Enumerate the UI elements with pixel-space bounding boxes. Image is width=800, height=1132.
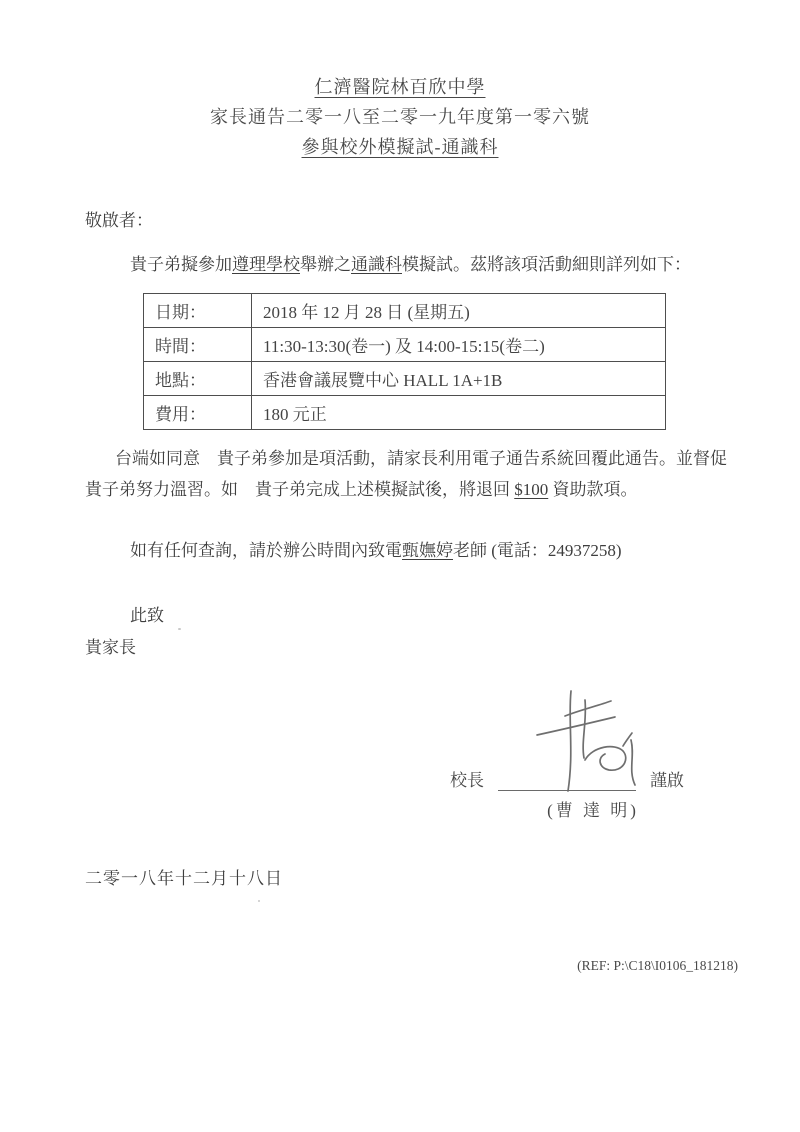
respectfully-label: 謹啟 bbox=[650, 766, 684, 791]
table-row-fee: 費用： 180 元正 bbox=[144, 396, 666, 430]
consent-paragraph: 台端如同意 貴子弟參加是項活動，請家長利用電子通告系統回覆此通告。並督促貴子弟努… bbox=[85, 443, 740, 505]
notice-subject-text: 參與校外模擬試-通識科 bbox=[302, 137, 499, 157]
venue-label: 地點： bbox=[144, 362, 252, 396]
scan-speck bbox=[258, 900, 260, 902]
enquiry-paragraph: 如有任何查詢，請於辦公時間內致電甄嫵婷老師 (電話：24937258) bbox=[85, 536, 737, 561]
fee-label: 費用： bbox=[144, 396, 252, 430]
date-label: 日期： bbox=[144, 294, 252, 328]
principal-label: 校長 bbox=[450, 766, 484, 791]
signature-row: 校長 謹啟 bbox=[450, 766, 684, 791]
salutation: 敬啟者： bbox=[85, 206, 737, 231]
table-row-time: 時間： 11:30-13:30(卷一) 及 14:00-15:15(卷二) bbox=[144, 328, 666, 362]
subject-name: 通識科 bbox=[351, 255, 402, 274]
event-details-table: 日期： 2018 年 12 月 28 日 (星期五) 時間： 11:30-13:… bbox=[143, 293, 666, 430]
school-name: 仁濟醫院林百欣中學 bbox=[0, 72, 800, 102]
intro-seg1: 貴子弟擬參加 bbox=[130, 255, 232, 274]
teacher-name: 甄嫵婷 bbox=[402, 541, 453, 560]
tutorial-school-name: 遵理學校 bbox=[232, 255, 300, 274]
refund-amount: $100 bbox=[514, 480, 548, 499]
document-header: 仁濟醫院林百欣中學 家長通告二零一八至二零一九年度第一零六號 參與校外模擬試-通… bbox=[0, 72, 800, 162]
scanned-notice-page: 仁濟醫院林百欣中學 家長通告二零一八至二零一九年度第一零六號 參與校外模擬試-通… bbox=[0, 0, 800, 1132]
intro-seg5: 模擬試。茲將該項活動細則詳列如下： bbox=[402, 255, 691, 274]
intro-seg3: 舉辦之 bbox=[300, 255, 351, 274]
issue-date: 二零一八年十二月十八日 bbox=[85, 864, 283, 889]
time-value: 11:30-13:30(卷一) 及 14:00-15:15(卷二) bbox=[252, 328, 666, 362]
scan-speck bbox=[108, 482, 110, 484]
venue-value: 香港會議展覽中心 HALL 1A+1B bbox=[252, 362, 666, 396]
time-label: 時間： bbox=[144, 328, 252, 362]
closing-parents: 貴家長 bbox=[85, 633, 737, 658]
principal-name: (曹 達 明) bbox=[518, 796, 668, 821]
signature-block: 校長 謹啟 (曹 達 明) bbox=[450, 670, 750, 830]
scan-speck bbox=[178, 628, 181, 630]
enquiry-seg1: 如有任何查詢，請於辦公時間內致電 bbox=[130, 541, 402, 560]
school-name-text: 仁濟醫院林百欣中學 bbox=[315, 77, 486, 97]
enquiry-seg2: 老師 (電話：24937258) bbox=[453, 541, 622, 560]
reference-number: (REF: P:\C18\I0106_181218) bbox=[577, 958, 738, 974]
table-row-venue: 地點： 香港會議展覽中心 HALL 1A+1B bbox=[144, 362, 666, 396]
closing-zhici: 此致 bbox=[85, 601, 737, 626]
notice-number-line: 家長通告二零一八至二零一九年度第一零六號 bbox=[0, 102, 800, 132]
table-row-date: 日期： 2018 年 12 月 28 日 (星期五) bbox=[144, 294, 666, 328]
date-value: 2018 年 12 月 28 日 (星期五) bbox=[252, 294, 666, 328]
intro-paragraph: 貴子弟擬參加遵理學校舉辦之通識科模擬試。茲將該項活動細則詳列如下： bbox=[85, 252, 737, 277]
consent-seg2: 資助款項。 bbox=[548, 480, 637, 499]
signature-line bbox=[498, 769, 636, 791]
notice-subject: 參與校外模擬試-通識科 bbox=[0, 132, 800, 162]
fee-value: 180 元正 bbox=[252, 396, 666, 430]
